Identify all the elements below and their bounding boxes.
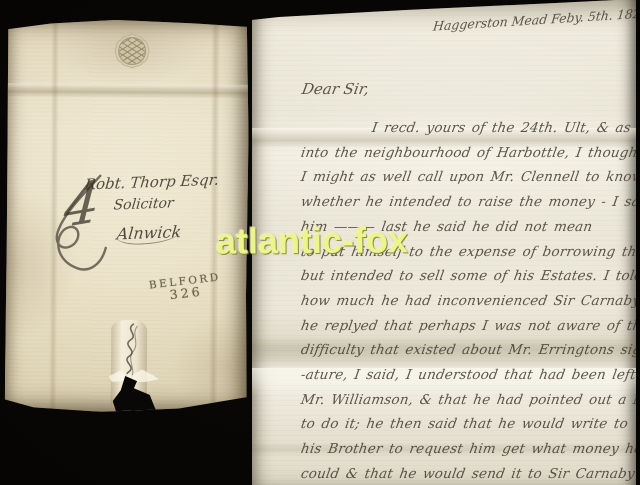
letter-salutation: Dear Sir, — [300, 80, 370, 98]
letter-line: whether he intended to raise the money -… — [299, 190, 640, 215]
folded-letter-cover: 4 Robt. Thorp Esqr. Solicitor Alnwick BE… — [5, 19, 250, 413]
letter-line: could & that he would send it to Sir Car… — [299, 462, 640, 485]
letter-line: he replyed that perhaps I was not aware … — [299, 314, 640, 339]
letter-line: into the neighbourhood of Harbottle, I t… — [299, 141, 640, 166]
letter-line: I might as well call upon Mr. Clennell t… — [299, 165, 640, 190]
letter-body: I recd. yours of the 24th. Ult, & as I w… — [301, 116, 640, 485]
recipient-occupation: Solicitor — [113, 195, 175, 213]
recipient-name: Robt. Thorp Esqr. — [84, 171, 220, 194]
letter-line: but intended to sell some of his Estates… — [299, 264, 640, 289]
listing-photo: 4 Robt. Thorp Esqr. Solicitor Alnwick BE… — [0, 0, 640, 485]
embossed-seal-icon — [110, 29, 154, 73]
recipient-town: Alnwick — [116, 222, 183, 245]
letter-line: I recd. yours of the 24th. Ult, & as I w… — [299, 116, 640, 141]
letter-dateline: Haggerston Mead Feby. 5th. 1822 — [432, 5, 640, 33]
letter-line: to do it; he then said that he would wri… — [299, 412, 640, 437]
letter-line: his Brother to request him get what mone… — [299, 437, 640, 462]
letter-line: how much he had inconvenienced Sir Carna… — [299, 289, 640, 314]
watermark-text: atlantic-fox — [216, 219, 408, 262]
letter-line: -ature, I said, I understood that had be… — [299, 363, 640, 388]
letter-line: difficulty that existed about Mr. Erring… — [299, 338, 640, 363]
fold-crease — [209, 21, 221, 413]
letter-line: Mr. Williamson, & that he had pointed ou… — [299, 388, 640, 413]
